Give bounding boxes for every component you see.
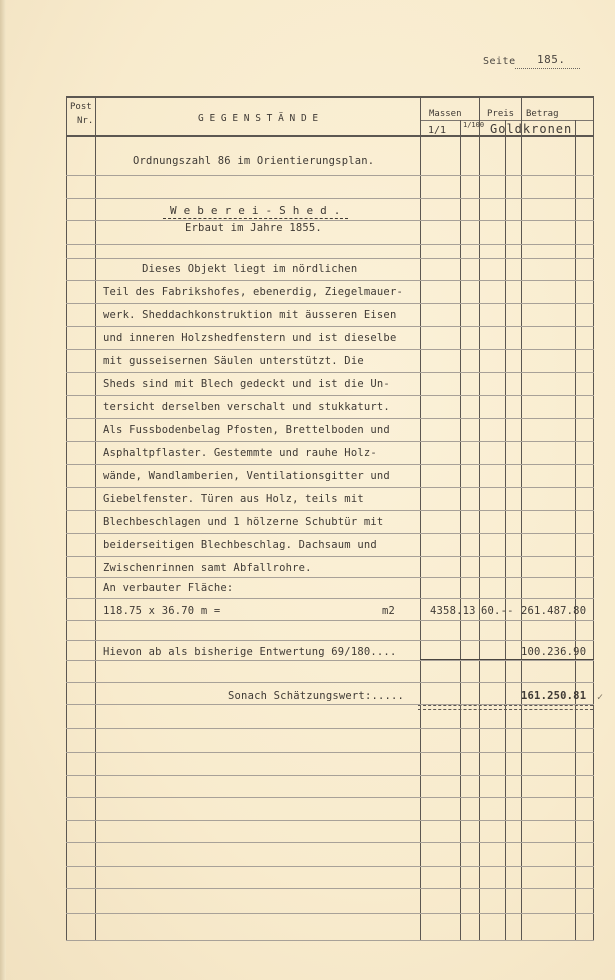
ruled-line: [66, 556, 594, 557]
description-line-5: mit gusseisernen Säulen unterstützt. Die: [103, 355, 364, 367]
ruled-line: [66, 326, 594, 327]
area-label: An verbauter Fläche:: [103, 582, 233, 594]
description-line-11: Giebelfenster. Türen aus Holz, teils mit: [103, 493, 364, 505]
total-double-underline: [418, 705, 593, 710]
description-line-3: werk. Sheddachkonstruktion mit äusseren …: [103, 309, 396, 321]
built-year-text: Erbaut im Jahre 1855.: [185, 222, 322, 234]
post-col-divider: [95, 96, 96, 940]
deduction-amount: 100.236.90: [521, 646, 586, 658]
description-line-13: beiderseitigen Blechbeschlag. Dachsaum u…: [103, 539, 377, 551]
preis-col-left: [479, 96, 480, 940]
ruled-line: [66, 820, 594, 821]
description-line-1: Dieses Objekt liegt im nördlichen: [103, 263, 357, 275]
ruled-line: [66, 464, 594, 465]
page-number-underline: [515, 68, 580, 69]
description-line-14: Zwischenrinnen samt Abfallrohre.: [103, 562, 312, 574]
page-number-field: Seite 185.: [483, 56, 516, 67]
header-gegenstaende: G E G E N S T Ä N D E: [198, 113, 318, 124]
header-nr: Nr.: [77, 116, 93, 126]
ruled-line: [66, 888, 594, 889]
ruled-line: [66, 198, 594, 199]
ruled-line: [66, 775, 594, 776]
ruled-line: [66, 842, 594, 843]
description-line-7: tersicht derselben verschalt und stukkat…: [103, 401, 390, 413]
preis-sub-divider: [505, 120, 506, 940]
checkmark-icon: ✓: [597, 692, 603, 703]
ruled-line: [66, 395, 594, 396]
betrag-sub-divider: [575, 120, 576, 940]
ruled-line: [66, 441, 594, 442]
deduction-label: Hievon ab als bisherige Entwertung 69/18…: [103, 646, 396, 658]
ruled-line: [66, 487, 594, 488]
ruled-line: [66, 682, 594, 683]
building-title: W e b e r e i - S h e d .: [170, 204, 341, 217]
massen-sub-divider: [460, 120, 461, 940]
title-underline: [163, 218, 348, 219]
area-unit: m2: [382, 605, 395, 617]
area-price-value: 60.--: [481, 605, 514, 617]
header-massen-whole: 1/1: [428, 125, 446, 136]
page-label: Seite: [483, 56, 516, 67]
description-line-4: und inneren Holzshedfenstern und ist die…: [103, 332, 396, 344]
header-post: Post: [70, 102, 92, 112]
ruled-line: [66, 220, 594, 221]
area-amount-value: 261.487.80: [521, 605, 586, 617]
ruled-line: [66, 913, 594, 914]
ruled-line: [66, 510, 594, 511]
table-left-border: [66, 96, 67, 940]
ruled-line: [66, 303, 594, 304]
ruled-line: [66, 660, 594, 661]
page-number: 185.: [537, 53, 566, 66]
ruled-line: [66, 866, 594, 867]
ruled-line: [66, 349, 594, 350]
description-line-10: wände, Wandlamberien, Ventilationsgitter…: [103, 470, 390, 482]
header-currency: Goldkronen: [490, 122, 572, 136]
description-line-12: Blechbeschlagen und 1 hölzerne Schubtür …: [103, 516, 383, 528]
area-massen-value: 4358.13: [430, 605, 476, 617]
ruled-line: [66, 372, 594, 373]
ordnungszahl-text: Ordnungszahl 86 im Orientierungsplan.: [133, 155, 374, 167]
header-massen-fraction: 1/100: [463, 122, 484, 129]
description-line-8: Als Fussbodenbelag Pfosten, Brettelboden…: [103, 424, 390, 436]
ruled-line: [66, 797, 594, 798]
betrag-col-left: [521, 96, 522, 940]
ruled-line: [66, 533, 594, 534]
description-line-2: Teil des Fabrikshofes, ebenerdig, Ziegel…: [103, 286, 403, 298]
ruled-line: [66, 940, 594, 941]
header-preis: Preis: [487, 109, 514, 119]
area-calculation: 118.75 x 36.70 m =: [103, 605, 220, 617]
ruled-line: [66, 175, 594, 176]
ruled-line: [66, 244, 594, 245]
description-line-9: Asphaltpflaster. Gestemmte und rauhe Hol…: [103, 447, 377, 459]
table-top-border: [66, 96, 594, 98]
ruled-line: [66, 418, 594, 419]
ruled-line: [66, 280, 594, 281]
header-betrag: Betrag: [526, 109, 559, 119]
description-line-6: Sheds sind mit Blech gedeckt und ist die…: [103, 378, 390, 390]
deduction-underline: [420, 659, 594, 660]
ruled-line: [66, 258, 594, 259]
total-amount: 161.250.81: [521, 690, 586, 702]
header-sub-divider: [420, 120, 594, 121]
ruled-line: [66, 728, 594, 729]
table-right-border: [593, 96, 594, 940]
page-edge-shadow: [0, 0, 6, 980]
ruled-line: [66, 620, 594, 621]
massen-col-left: [420, 96, 421, 940]
ruled-line: [66, 752, 594, 753]
ruled-line: [66, 598, 594, 599]
total-label: Sonach Schätzungswert:.....: [228, 690, 404, 702]
ruled-line: [66, 640, 594, 641]
ruled-line: [66, 577, 594, 578]
header-massen: Massen: [429, 109, 462, 119]
